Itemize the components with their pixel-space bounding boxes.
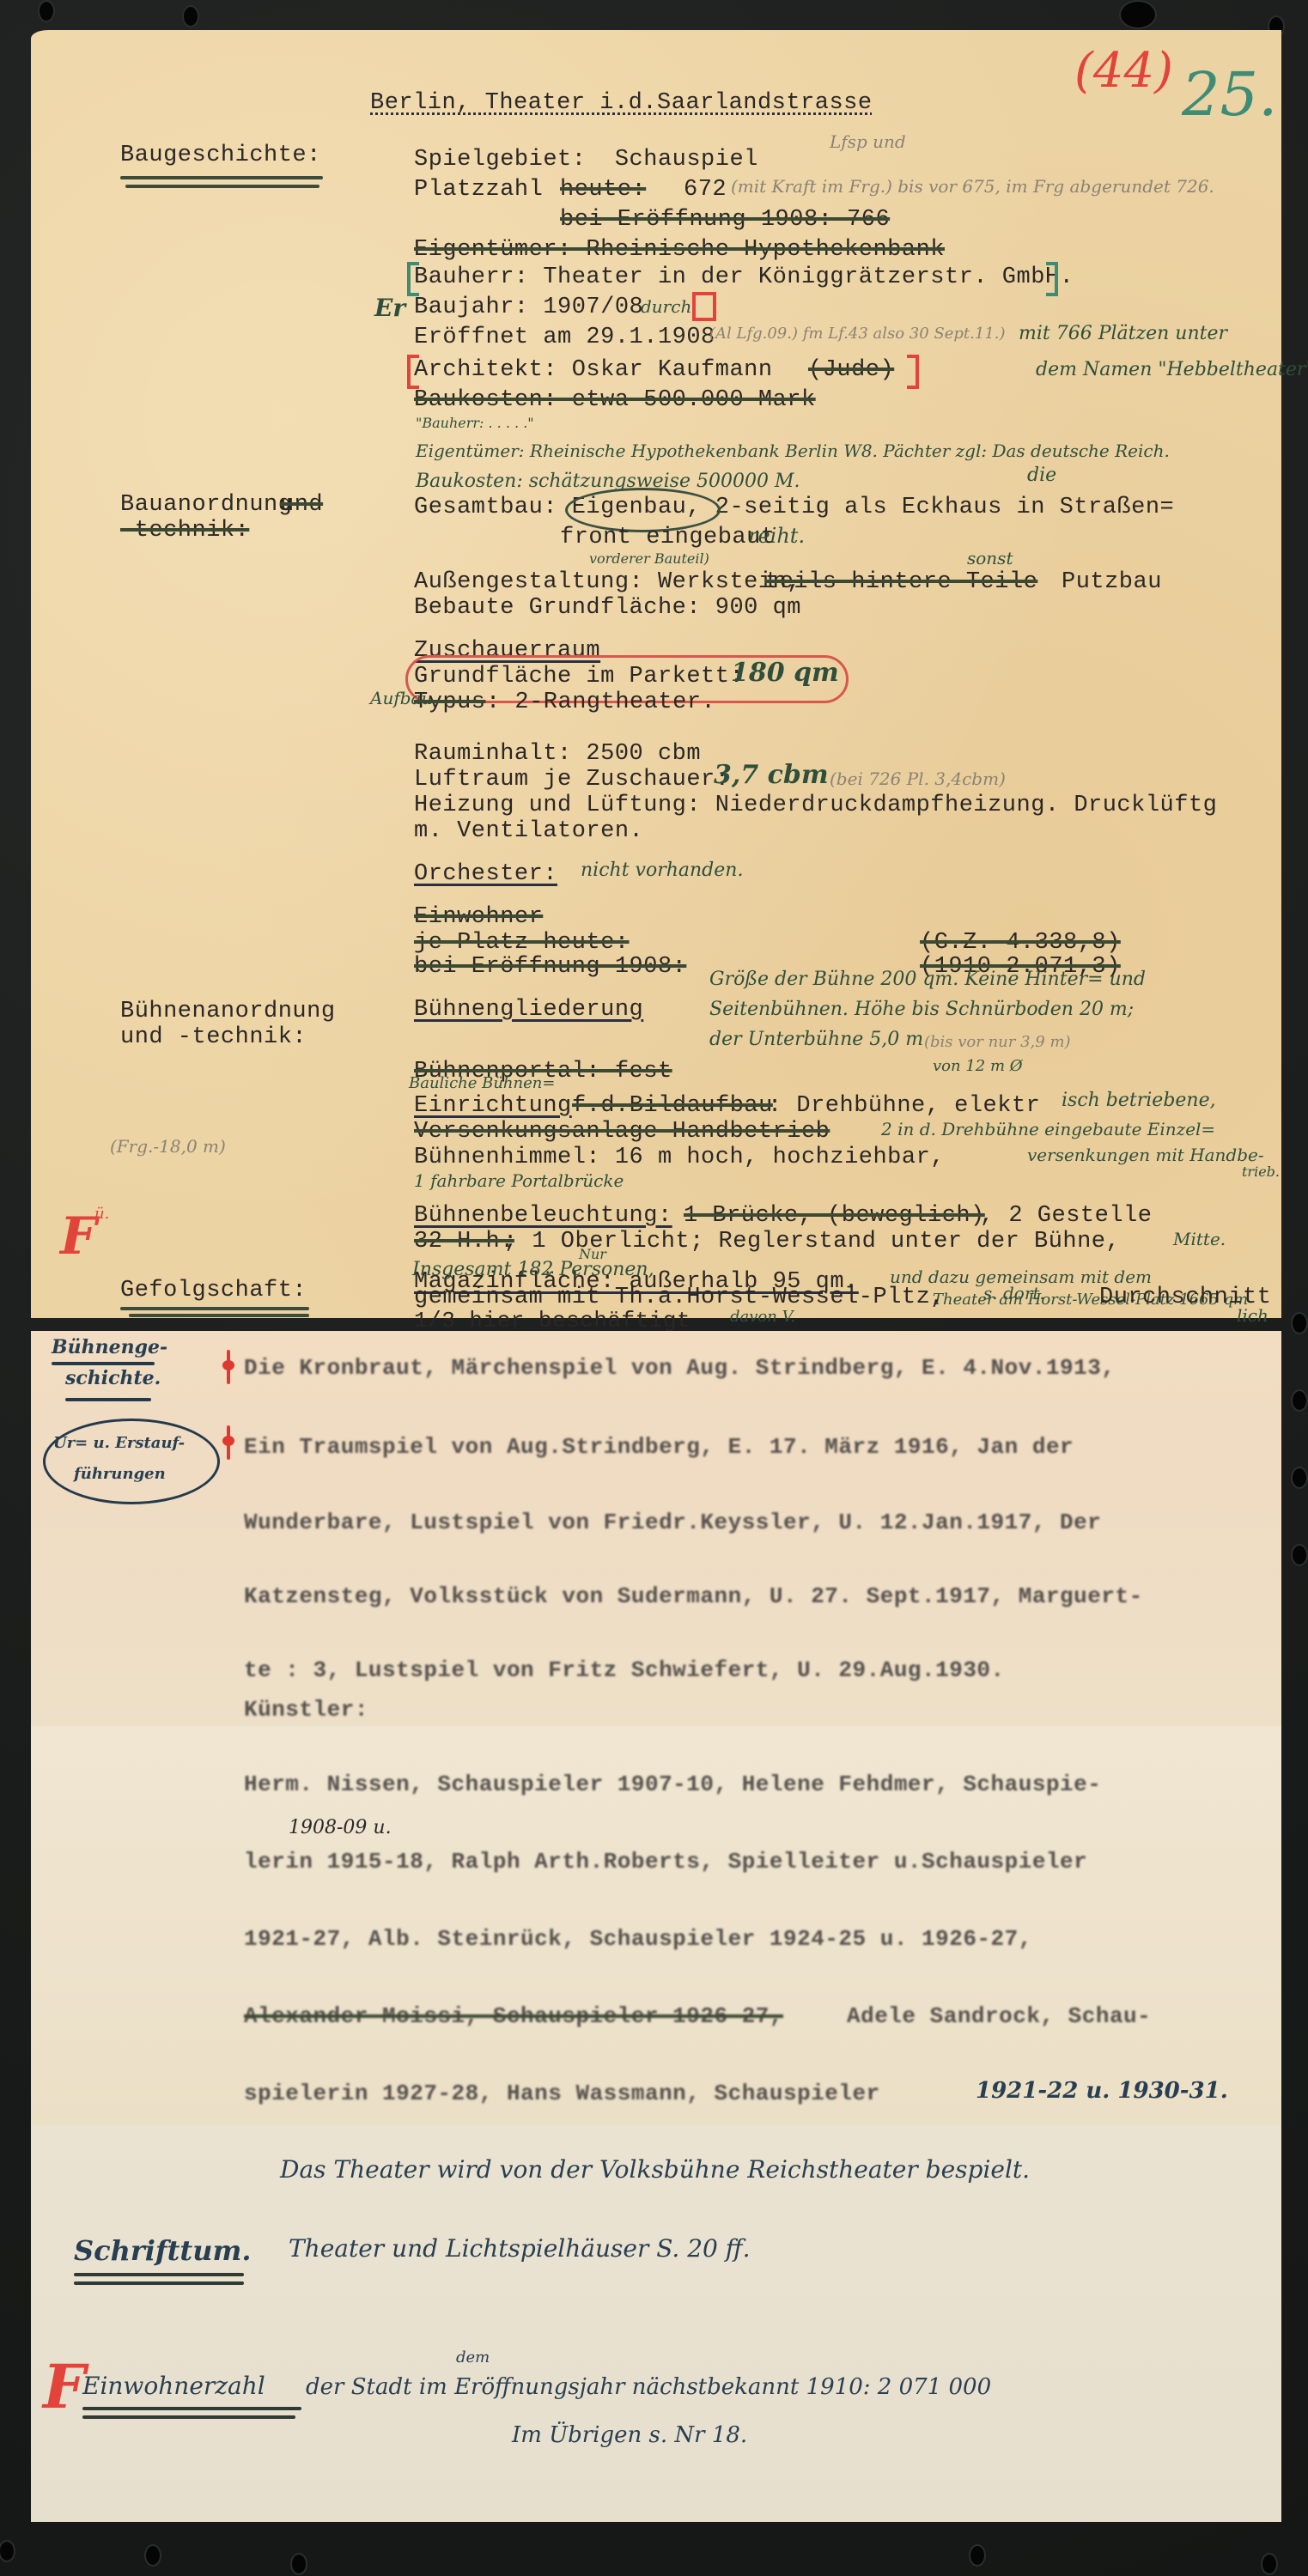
field-gefolgschaft-2: 1/3 hier beschäftigt <box>414 1309 691 1332</box>
field-aussengestaltung: Außengestaltung: Werkstein, <box>414 571 801 594</box>
struck-je-platz: je Platz heute: <box>414 932 630 955</box>
underline <box>120 1307 309 1310</box>
note-handwritten: Baukosten: schätzungsweise 500000 M. <box>416 472 800 491</box>
note-handwritten: s. dort. <box>983 1285 1045 1302</box>
board-hole <box>40 2 53 21</box>
underline <box>52 1362 155 1365</box>
struck-versenkung: Versenkungsanlage Handbetrieb <box>414 1121 830 1144</box>
underline <box>74 2281 244 2285</box>
underline <box>74 2273 244 2276</box>
red-margin-f: F <box>43 2357 86 2417</box>
field-beleuchtung: Bühnenbeleuchtung: <box>414 1205 672 1228</box>
field-platzzahl-value: 672 <box>684 179 727 202</box>
section-label-bauanordnung: Bauanordnung <box>120 494 292 517</box>
heading-buehnengliederung: Bühnengliederung <box>414 999 643 1022</box>
struck-je-platz-value: (G.Z. 4.338,8) <box>920 932 1121 955</box>
underline <box>82 2407 301 2410</box>
premiere-line: Ein Traumspiel von Aug.Strindberg, E. 17… <box>244 1436 1074 1458</box>
section-label-gefolgschaft: Gefolgschaft: <box>120 1279 307 1303</box>
note-handwritten: dem Namen "Hebbeltheater" <box>1036 361 1308 380</box>
field-spielgebiet: Spielgebiet: Schauspiel <box>414 149 758 172</box>
artist-line: 1921-27, Alb. Steinrück, Schauspieler 19… <box>244 1928 1032 1950</box>
note-handwritten: Größe der Bühne 200 qm. Keine Hinter= un… <box>709 970 1146 989</box>
page-title: Berlin, Theater i.d.Saarlandstrasse <box>370 92 873 115</box>
underline <box>82 2415 295 2419</box>
board-hole <box>1262 2555 1276 2573</box>
insert-dem: dem <box>456 2350 490 2366</box>
note-handwritten: Seitenbühnen. Höhe bis Schnürboden 20 m; <box>709 1000 1134 1019</box>
note-handwritten: durch <box>641 298 691 315</box>
field-heizung-2: m. Ventilatoren. <box>414 820 643 843</box>
premiere-line: Wunderbare, Lustspiel von Friedr.Keyssle… <box>244 1511 1101 1534</box>
board-hole <box>1121 2 1155 27</box>
document-sheet-main: Berlin, Theater i.d.Saarlandstrasse (44)… <box>31 30 1281 1318</box>
note-uebrigen: Im Übrigen s. Nr 18. <box>512 2424 747 2446</box>
board-hole <box>970 2546 984 2565</box>
struck-eroeffnung: bei Eröffnung 1908: 766 <box>560 209 890 232</box>
note-handwritten: 2 in d. Drehbühne eingebaute Einzel= <box>881 1121 1215 1138</box>
document-sheet-carbon-copy-2: Herm. Nissen, Schauspieler 1907-10, Hele… <box>31 1726 1281 2129</box>
note-bespielt: Das Theater wird von der Volksbühne Reic… <box>280 2158 1030 2182</box>
board-hole <box>292 2555 306 2573</box>
struck-bruecke: 1 Brücke, (beweglich) <box>684 1205 985 1228</box>
artist-line-struck: Alexander Moissi, Schauspieler 1926-27, <box>244 2005 783 2027</box>
red-margin-f: F <box>60 1211 97 1262</box>
struck-bei-eroeffnung: bei Eröffnung 1908: <box>414 956 686 979</box>
field-rauminhalt: Rauminhalt: 2500 cbm <box>414 743 701 766</box>
red-mark <box>227 1350 230 1384</box>
note-prefix: Er <box>374 296 405 320</box>
field-luftraum: Luftraum je Zuschauer: <box>414 769 729 792</box>
red-margin-f-sup: ü. <box>94 1206 109 1222</box>
note-handwritten: isch betriebene, <box>1062 1091 1216 1110</box>
red-bracket <box>907 355 919 389</box>
section-label-baugeschichte: Baugeschichte: <box>120 144 321 167</box>
note-handwritten: Bauliche Bühnen= <box>409 1076 555 1091</box>
struck-einwohner: Einwohner <box>414 906 543 929</box>
field-buehnenhimmel: Bühnenhimmel: 16 m hoch, hochziehbar, <box>414 1146 945 1170</box>
field-einrichtung-value: : Drehbühne, elektr <box>768 1095 1040 1118</box>
note-pencil: (bis vor nur 3,9 m) <box>924 1035 1071 1050</box>
note-handwritten: der Unterbühne 5,0 m <box>709 1030 923 1049</box>
margin-label-buehnengeschichte: Bühnenge- <box>52 1338 167 1357</box>
margin-pencil-note: (Frg.-18,0 m) <box>110 1138 226 1155</box>
field-bebaute: Bebaute Grundfläche: 900 qm <box>414 597 801 620</box>
value-handwritten: 3,7 cbm <box>714 762 829 788</box>
field-einrichtung: Einrichtung <box>414 1095 572 1118</box>
board-hole <box>146 2546 160 2565</box>
teal-bracket <box>1046 262 1058 296</box>
struck-technik: -technik: <box>120 519 249 543</box>
margin-label-buehnengeschichte-2: schichte. <box>65 1369 161 1388</box>
field-bauherr: Bauherr: Theater in der Königgrätzerstr.… <box>414 266 1074 289</box>
note-handwritten: lich <box>1237 1307 1268 1324</box>
folio-old-number: (44) <box>1074 47 1173 95</box>
field-gesamtbau-2: front eingebaut <box>560 526 776 550</box>
board-hole <box>1293 1391 1306 1410</box>
field-typus: : 2-Rangtheater. <box>486 691 715 714</box>
insert-handwritten: 1908-09 u. <box>289 1819 392 1838</box>
struck-und: und <box>280 494 323 517</box>
field-gestelle: , 2 Gestelle <box>980 1205 1152 1228</box>
board-hole <box>1293 1314 1306 1333</box>
note-handwritten: nicht vorhanden. <box>581 861 743 880</box>
note-handwritten: Insgesamt 182 Personen, <box>412 1261 654 1279</box>
note-handwritten: trieb. <box>1242 1165 1280 1179</box>
label-schrifttum: Schrifttum. <box>74 2237 251 2264</box>
premiere-line: Die Kronbraut, Märchenspiel von Aug. Str… <box>244 1357 1115 1379</box>
field-putzbau: Putzbau <box>1062 571 1162 594</box>
section-label-buehne-2: und -technik: <box>120 1026 307 1049</box>
artist-line: Herm. Nissen, Schauspieler 1907-10, Hele… <box>244 1773 1101 1795</box>
underline <box>125 185 319 188</box>
struck-baukosten: Baukosten: etwa 500.000 Mark <box>414 389 816 412</box>
field-gesamtbau: Gesamtbau: Eigenbau, 2-seitig als Eckhau… <box>414 496 1174 519</box>
circled-margin-label <box>43 1419 220 1504</box>
note-handwritten: mit 766 Plätzen unter <box>1019 325 1227 343</box>
red-mark <box>227 1425 230 1460</box>
note-handwritten: vorderer Bauteil) <box>589 552 709 566</box>
premiere-line: Katzensteg, Volksstück von Sudermann, U.… <box>244 1585 1143 1607</box>
field-architekt: Architekt: Oskar Kaufmann <box>414 359 773 382</box>
underline <box>120 176 323 179</box>
board-hole <box>184 7 198 26</box>
note-pencil: (mit Kraft im Frg.) bis vor 675, im Frg … <box>731 178 1214 195</box>
struck-bildaufbau: f.d.Bildaufbau <box>572 1095 773 1118</box>
struck-heute: heute: <box>560 179 646 202</box>
red-bracket <box>692 292 716 321</box>
note-handwritten: 1 fahrbare Portalbrücke <box>414 1172 624 1189</box>
struck-teile: teils hintere Teile <box>765 571 1037 594</box>
note-handwritten: sonst <box>967 550 1013 567</box>
value-schrifttum: Theater und Lichtspielhäuser S. 20 ff. <box>289 2237 751 2261</box>
struck-hh: 32 H.h. <box>414 1230 514 1254</box>
note-handwritten: reiht. <box>748 526 805 546</box>
document-sheet-carbon-copy: Bühnenge- schichte. Ur= u. Erstauf- führ… <box>31 1331 1281 1735</box>
underline <box>65 1398 151 1401</box>
heading-orchester: Orchester: <box>414 863 557 886</box>
struck-jude: (Jude) <box>808 359 894 382</box>
field-eroeffnet: Eröffnet am 29.1.1908 <box>414 326 715 349</box>
note-handwritten: versenkungen mit Handbe- <box>1027 1146 1264 1163</box>
note-handwritten: "Bauherr: . . . . ." <box>416 416 534 430</box>
field-baujahr: Baujahr: 1907/08 <box>414 296 643 319</box>
premiere-line: te : 3, Lustspiel von Fritz Schwiefert, … <box>244 1659 1005 1681</box>
label-einwohnerzahl: Einwohnerzahl <box>82 2374 265 2398</box>
board-hole <box>0 2542 14 2561</box>
note-pencil: (bei 726 Pl. 3,4cbm) <box>830 770 1006 787</box>
section-label-buehne: Bühnenanordnung <box>120 1000 336 1024</box>
field-platzzahl-label: Platzzahl <box>414 179 543 202</box>
artist-line-handwritten: 1921-22 u. 1930-31. <box>976 2080 1228 2102</box>
value-einwohnerzahl: der Stadt im Eröffnungsjahr nächstbekann… <box>306 2376 991 2398</box>
field-gefolgschaft-1: gemeinsam mit Th.a.Horst-Wessel-Pltz, <box>414 1286 945 1309</box>
note-pencil: Lfsp und <box>830 133 906 150</box>
board-hole <box>1293 1468 1306 1487</box>
note-pencil: (Al Lfg.09.) fm Lf.43 also 30 Sept.11.) <box>709 326 1006 342</box>
artist-line: lerin 1915-18, Ralph Arth.Roberts, Spiel… <box>244 1850 1087 1873</box>
note-handwritten: von 12 m Ø <box>933 1059 1023 1074</box>
document-sheet-bottom: Das Theater wird von der Volksbühne Reic… <box>31 2125 1281 2522</box>
margin-label-urauffuehrungen-2: führungen <box>74 1467 166 1482</box>
field-heizung: Heizung und Lüftung: Niederdruckdampfhei… <box>414 794 1217 817</box>
heading-kuenstler: Künstler: <box>244 1698 368 1721</box>
underline <box>129 1314 309 1317</box>
note-handwritten: Eigentümer: Rheinische Hypothekenbank Be… <box>416 442 1170 459</box>
note-handwritten: davon V. <box>730 1309 795 1325</box>
note-handwritten: die <box>1027 466 1056 485</box>
margin-label-urauffuehrungen: Ur= u. Erstauf- <box>53 1436 185 1451</box>
note-handwritten: Mitte. <box>1173 1230 1226 1248</box>
struck-eigentuemer: Eigentümer: Rheinische Hypothekenbank <box>414 239 945 262</box>
artist-line: spielerin 1927-28, Hans Wassmann, Schaus… <box>244 2082 880 2105</box>
board-hole <box>1293 1546 1306 1564</box>
artist-line: Adele Sandrock, Schau- <box>847 2005 1151 2027</box>
struck-typus: Typus <box>414 691 486 714</box>
folio-new-number: 25. <box>1182 64 1277 125</box>
